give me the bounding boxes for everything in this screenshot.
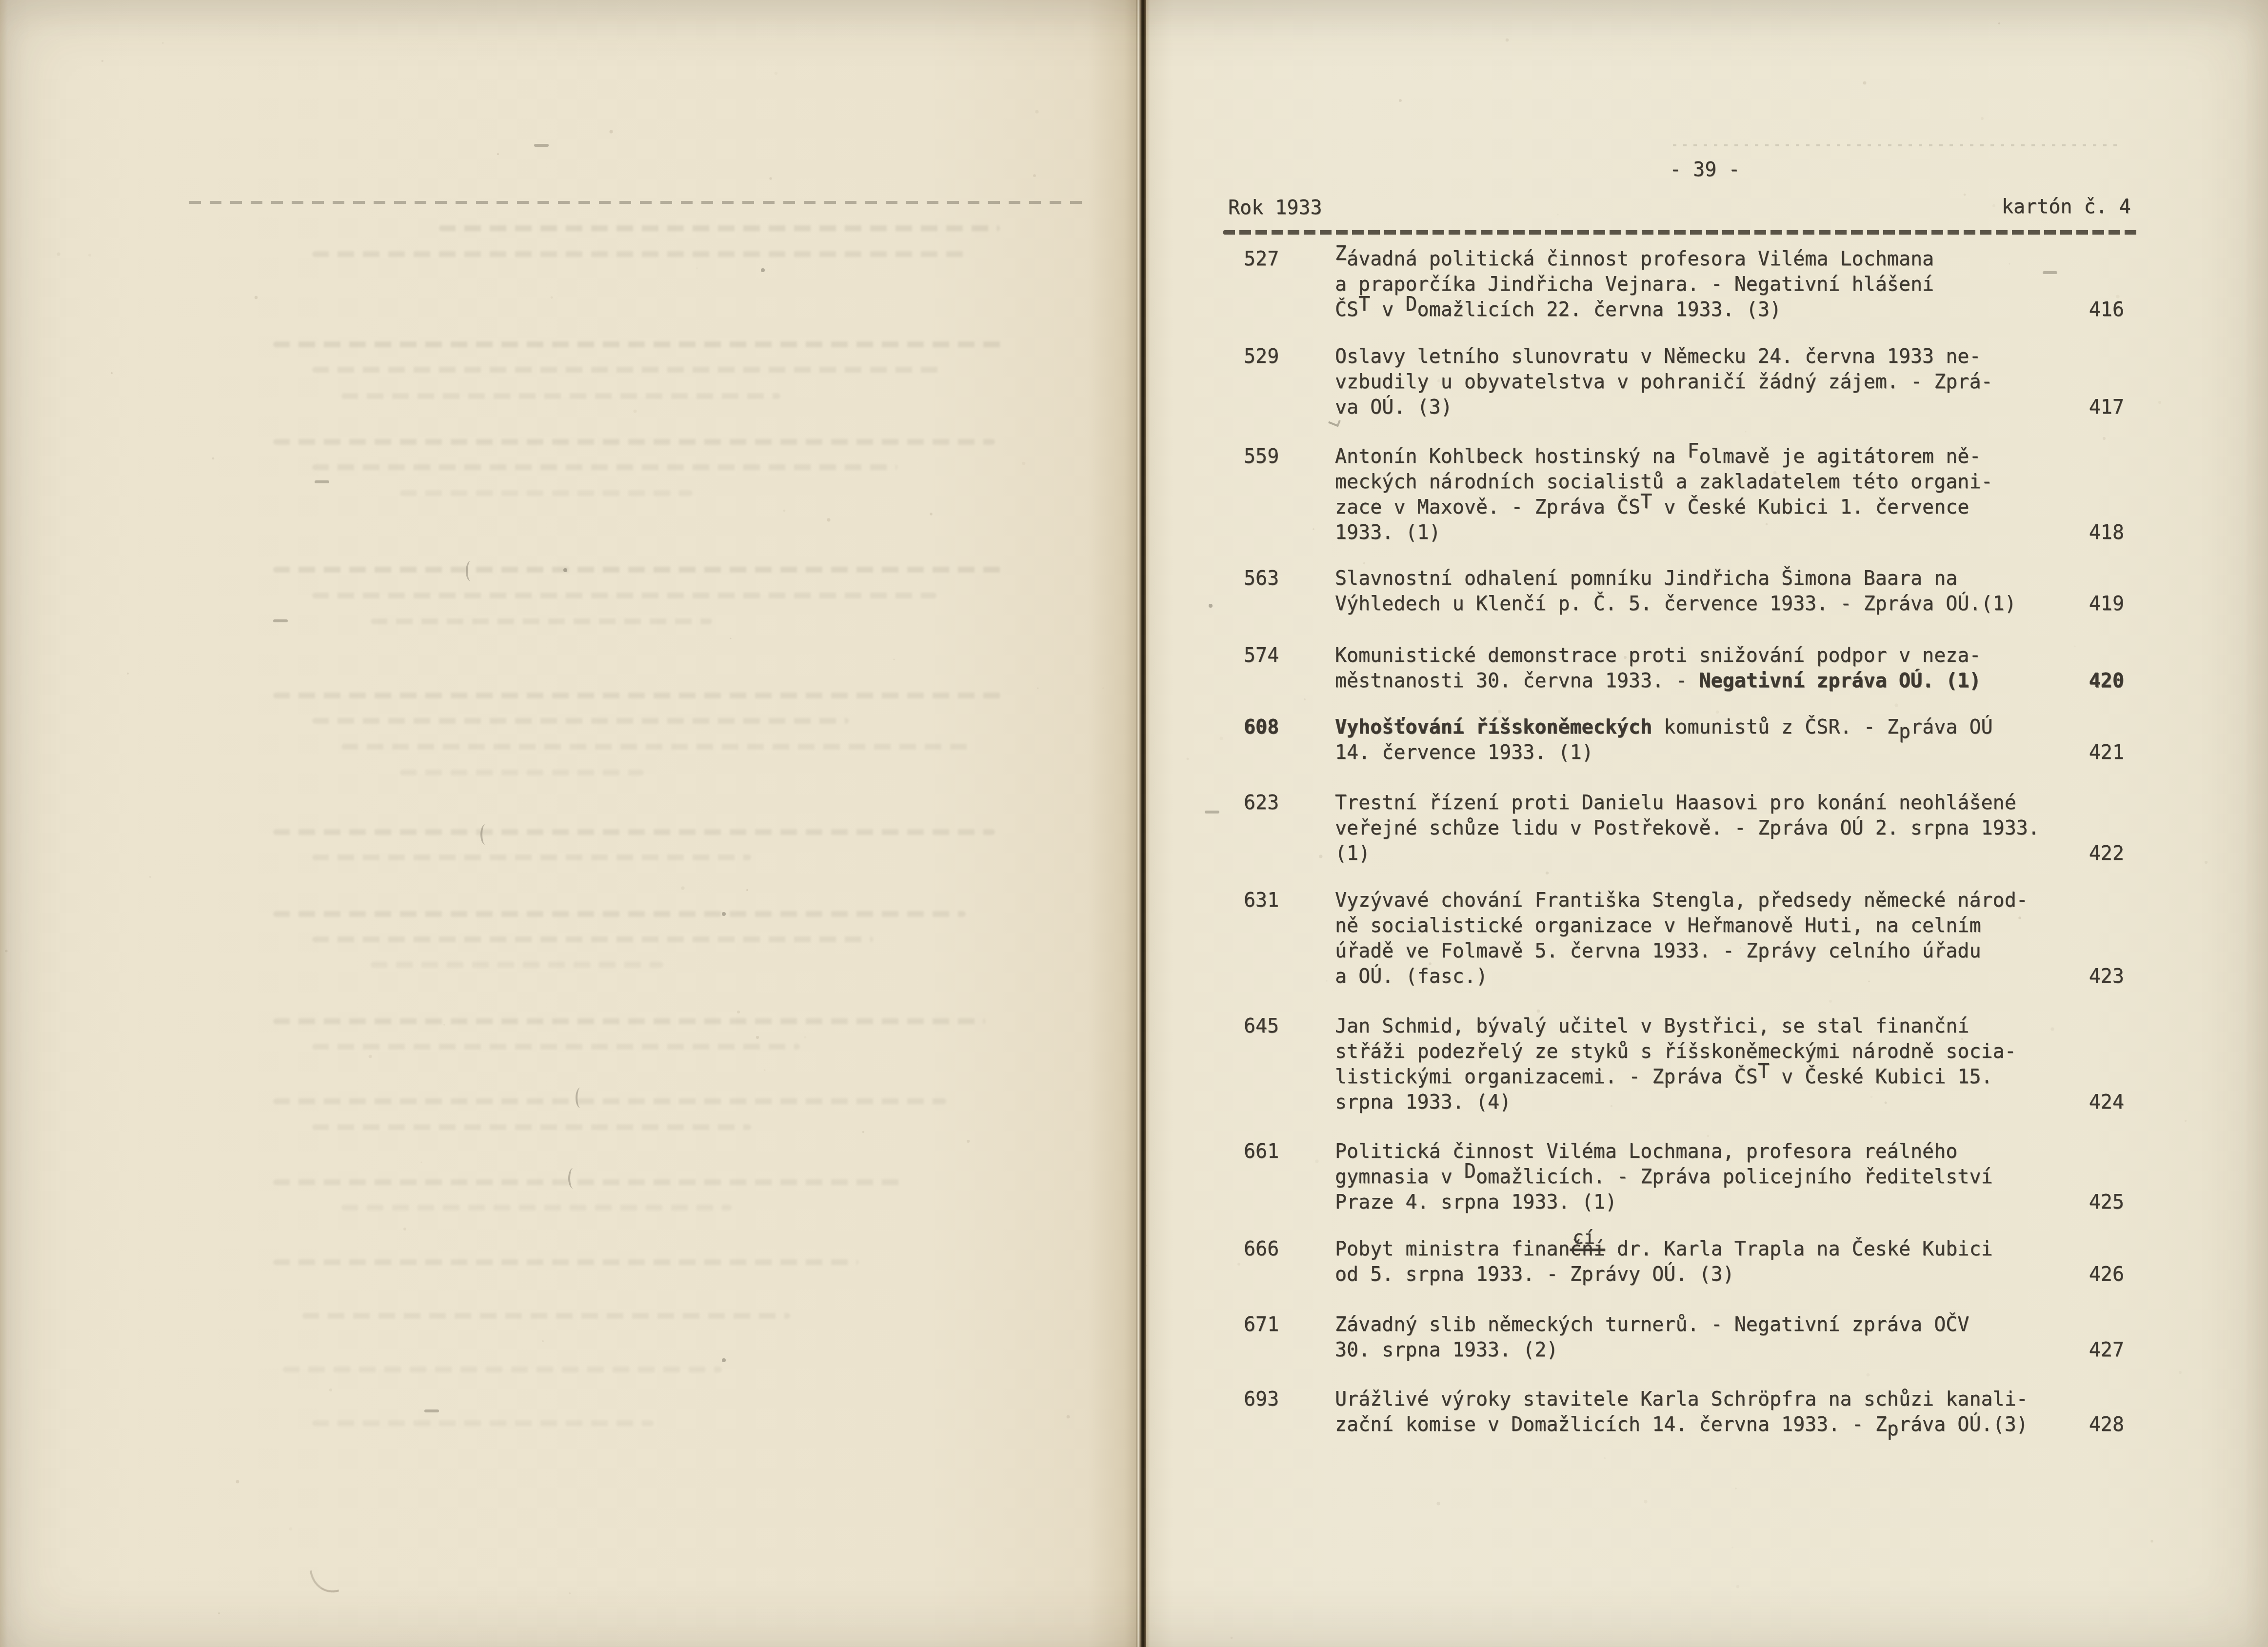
entry-line: srpna 1933. (4) [1335,1090,1511,1115]
entry-line: 14. července 1933. (1) [1335,740,1593,765]
entry-reference-number: 416 [2056,297,2124,322]
text-segment: Jan Schmid, bývalý učitel v Bystřici, se… [1335,1015,1969,1037]
ghost-text-line [273,829,995,835]
book-spine [1136,0,1146,1647]
stray-mark-dot [563,568,567,572]
text-segment: ávadná politická činnost profesora Vilém… [1347,248,1934,270]
entry-line: 30. srpna 1933. (2) [1335,1337,1558,1363]
text-segment: a praporčíka Jindřicha Vejnara. - Negati… [1335,273,1934,296]
raised-char: T [1358,293,1370,316]
ghost-text-line [273,341,1005,347]
ghost-text-line [273,911,966,917]
stray-mark-curve [310,1566,339,1596]
entry-number: 559 [1244,444,1279,469]
text-segment: (1) [1335,842,1370,865]
entry-line: ně socialistické organizace v Heřmanově … [1335,913,1981,938]
text-segment: Oslavy letního slunovratu v Německu 24. … [1335,345,1981,368]
text-segment: Výhledech u Klenčí p. Č. 5. července 193… [1335,593,2016,615]
stray-mark-paren [568,1168,578,1189]
stray-mark-dash [534,144,549,147]
stray-mark-dot [761,268,765,272]
raised-char: Z [1335,242,1347,265]
entry-line: Antonín Kohlbeck hostinský na Folmavě je… [1335,444,1981,469]
stray-mark-dash [424,1409,439,1412]
entry-line: vzbudily u obyvatelstva v pohraničí žádn… [1335,369,1993,395]
text-segment: veřejné schůze lidu v Postřekově. - Zprá… [1335,817,2040,839]
text-segment: ráva OÚ.(3) [1899,1413,2028,1436]
entry-line: listickými organizacemi. - Zpráva ČST v … [1335,1064,1993,1090]
text-segment: va OÚ. (3) [1335,396,1452,418]
entry-number: 529 [1244,344,1279,369]
entry-reference-number: 428 [2056,1412,2124,1437]
entry-number: 574 [1244,643,1279,668]
entry-line: Oslavy letního slunovratu v Německu 24. … [1335,344,1981,369]
text-segment: Vyzývavé chování Františka Stengla, před… [1335,889,2028,912]
right-page-inventory: - 39 - Rok 1933 kartón č. 4 527Závadná p… [1146,0,2268,1647]
text-segment: v [1370,298,1405,321]
text-segment: Závadný slib německých turnerů. - Negati… [1335,1313,1969,1336]
raised-char: T [1758,1060,1770,1083]
entry-number: 693 [1244,1387,1279,1412]
ghost-text-line [371,962,663,968]
stray-mark-dot [1209,604,1213,608]
text-segment: vzbudily u obyvatelstva v pohraničí žádn… [1335,371,1993,393]
paper-specks [0,0,1,1]
ghost-text-line [273,1259,858,1265]
text-segment: listickými organizacemi. - Zpráva ČS [1335,1066,1758,1088]
entry-reference-number: 426 [2056,1262,2124,1287]
entry-number: 623 [1244,790,1279,815]
text-segment: městnanosti 30. června 1933. - [1335,670,1699,692]
text-segment: komunistů z ČSR. - Z [1652,716,1899,738]
text-segment: gymnasia v [1335,1166,1464,1188]
stray-mark-dash [315,480,329,483]
raised-char: T [1640,491,1652,513]
bleedthrough-rule [189,201,1091,204]
ghost-text-line [312,464,897,470]
ghost-text-line [312,718,849,724]
entry-number: 563 [1244,566,1279,591]
text-segment: Trestní řízení proti Danielu Haasovi pro… [1335,792,2016,814]
entry-reference-number: 421 [2056,740,2124,765]
entry-line: Urážlivé výroky stavitele Karla Schröpfr… [1335,1387,2028,1412]
entry-reference-number: 427 [2056,1337,2124,1363]
entry-line: ČST v Domažlicích 22. června 1933. (3) [1335,297,1781,322]
raised-char: D [1464,1160,1476,1183]
entry-number: 666 [1244,1236,1279,1262]
ghost-text-line [371,618,712,624]
entry-line: Vyhošťování říšskoněmeckých komunistů z … [1335,714,1993,740]
ghost-text-line [273,1179,907,1185]
text-segment: omažlicích. - Zpráva policejního ředitel… [1476,1166,1993,1188]
bold-segment: Negativní zpráva OÚ. (1) [1699,670,1981,692]
entry-line: Komunistické demonstrace proti snižování… [1335,643,1981,668]
entry-line: veřejné schůze lidu v Postřekově. - Zprá… [1335,815,2040,841]
entry-line: Trestní řízení proti Danielu Haasovi pro… [1335,790,2016,815]
entry-line: va OÚ. (3) [1335,395,1452,420]
lowered-char: p [1887,1418,1899,1440]
text-segment: 14. července 1933. (1) [1335,741,1593,764]
stray-mark-paren [466,561,476,581]
ghost-text-line [283,1367,722,1372]
ghost-text-line [312,854,751,860]
entry-reference-number: 419 [2056,591,2124,616]
entry-line: Praze 4. srpna 1933. (1) [1335,1190,1617,1215]
ghost-text-line [400,770,644,775]
stray-mark-paren [576,1088,585,1108]
entry-reference-number: 417 [2056,395,2124,420]
entry-line: od 5. srpna 1933. - Zprávy OÚ. (3) [1335,1262,1734,1287]
text-segment: Praze 4. srpna 1933. (1) [1335,1191,1617,1213]
entry-number: 645 [1244,1013,1279,1039]
ghost-text-line [273,1098,946,1104]
left-page-blank [0,0,1140,1647]
text-segment: od 5. srpna 1933. - Zprávy OÚ. (3) [1335,1263,1734,1286]
entry-line: Výhledech u Klenčí p. Č. 5. července 193… [1335,591,2016,616]
entry-reference-number: 423 [2056,964,2124,989]
ghost-text-line [341,744,975,750]
raised-char: F [1687,440,1699,462]
text-segment: zační komise v Domažlicích 14. června 19… [1335,1413,1887,1436]
text-segment: a OÚ. (fasc.) [1335,965,1488,988]
entry-line: zační komise v Domažlicích 14. června 19… [1335,1412,2028,1437]
ghost-text-line [400,490,693,496]
ghost-text-line [273,693,1005,698]
text-segment: srpna 1933. (4) [1335,1091,1511,1113]
entry-reference-number: 425 [2056,1190,2124,1215]
ghost-text-line [312,936,873,942]
entry-line: 1933. (1) [1335,520,1441,545]
text-segment: Slavnostní odhalení pomníku Jindřicha Ši… [1335,567,1957,590]
entry-number: 608 [1244,714,1279,740]
stray-mark-paren [480,824,490,845]
entry-number: 527 [1244,246,1279,272]
ghost-text-line [312,1420,654,1426]
overtyped-correction: čnící [1570,1236,1605,1262]
entry-line: (1) [1335,841,1370,866]
ghost-text-line [312,1044,800,1050]
entry-reference-number: 424 [2056,1090,2124,1115]
text-segment: ráva OÚ [1910,716,1993,738]
stray-mark-dot [722,1358,726,1362]
text-segment: ČS [1335,298,1358,321]
bleedthrough-dots [1673,144,2117,146]
text-segment: Antonín Kohlbeck hostinský na [1335,445,1687,468]
stray-mark-dash [2043,271,2057,274]
entry-line: a OÚ. (fasc.) [1335,964,1488,989]
entry-line: zace v Maxově. - Zpráva ČST v České Kubi… [1335,495,1969,520]
entry-line: střáži podezřelý ze styků s říšskoněmeck… [1335,1039,2016,1064]
text-segment: Pobyt ministra finan [1335,1238,1570,1260]
text-segment: úřadě ve Folmavě 5. června 1933. - Zpráv… [1335,940,1981,962]
stray-mark-dash [1205,811,1219,814]
ghost-text-line [312,251,971,257]
entry-line: Politická činnost Viléma Lochmana, profe… [1335,1139,1957,1164]
ghost-text-line [302,1313,790,1319]
text-segment: Komunistické demonstrace proti snižování… [1335,644,1981,667]
text-segment: olmavě je agitátorem ně- [1699,445,1981,468]
entry-line: Pobyt ministra finančnící dr. Karla Trap… [1335,1236,1993,1262]
entry-number: 661 [1244,1139,1279,1164]
entry-line: městnanosti 30. června 1933. - Negativní… [1335,668,1981,694]
lowered-char: p [1899,720,1910,743]
ghost-text-line [273,439,995,445]
entry-reference-number: 422 [2056,841,2124,866]
entry-line: Jan Schmid, bývalý učitel v Bystřici, se… [1335,1013,1969,1039]
page-number: - 39 - [1670,157,1740,182]
entry-line: Závadná politická činnost profesora Vilé… [1335,246,1934,272]
stray-mark-dash [273,619,288,622]
stray-mark-dot [722,912,726,916]
raised-char: D [1406,293,1417,316]
entry-line: meckých národních socialistů a zakladate… [1335,469,1993,495]
text-segment: 30. srpna 1933. (2) [1335,1339,1558,1361]
ghost-text-line [312,1124,751,1130]
ghost-text-line [341,393,780,399]
entry-reference-number: 418 [2056,520,2124,545]
entry-number: 671 [1244,1312,1279,1337]
text-segment: Politická činnost Viléma Lochmana, profe… [1335,1140,1957,1163]
ghost-text-line [312,367,946,373]
ghost-text-line [341,1205,732,1210]
text-segment: v České Kubici 1. července [1652,496,1969,518]
bold-segment: Vyhošťování říšskoněmeckých [1335,716,1652,738]
text-segment: 1933. (1) [1335,521,1441,544]
ghost-text-line [439,225,1000,231]
text-segment: meckých národních socialistů a zakladate… [1335,471,1993,493]
ghost-text-line [273,567,1005,573]
year-label: Rok 1933 [1228,195,1322,220]
entry-line: Vyzývavé chování Františka Stengla, před… [1335,888,2028,913]
scanned-book-spread: - 39 - Rok 1933 kartón č. 4 527Závadná p… [0,0,2268,1647]
correction-above: cí [1572,1225,1595,1250]
entry-line: gymnasia v Domažlicích. - Zpráva policej… [1335,1164,1993,1190]
text-segment: omažlicích 22. června 1933. (3) [1417,298,1782,321]
text-segment: zace v Maxově. - Zpráva ČS [1335,496,1640,518]
ghost-text-line [273,1018,985,1024]
text-segment: ně socialistické organizace v Heřmanově … [1335,914,1981,937]
entry-line: a praporčíka Jindřicha Vejnara. - Negati… [1335,272,1934,297]
entry-line: Závadný slib německých turnerů. - Negati… [1335,1312,1969,1337]
header-rule [1223,230,2138,235]
carton-label: kartón č. 4 [2002,194,2131,219]
text-segment: dr. Karla Trapla na České Kubici [1605,1238,1993,1260]
ghost-text-line [312,593,936,598]
text-segment: střáži podezřelý ze styků s říšskoněmeck… [1335,1040,2016,1063]
entry-line: Slavnostní odhalení pomníku Jindřicha Ši… [1335,566,1957,591]
text-segment: Urážlivé výroky stavitele Karla Schröpfr… [1335,1388,2028,1410]
entry-reference-number: 420 [2056,668,2124,694]
entry-line: úřadě ve Folmavě 5. června 1933. - Zpráv… [1335,938,1981,964]
entry-number: 631 [1244,888,1279,913]
text-segment: v České Kubici 15. [1770,1066,1993,1088]
